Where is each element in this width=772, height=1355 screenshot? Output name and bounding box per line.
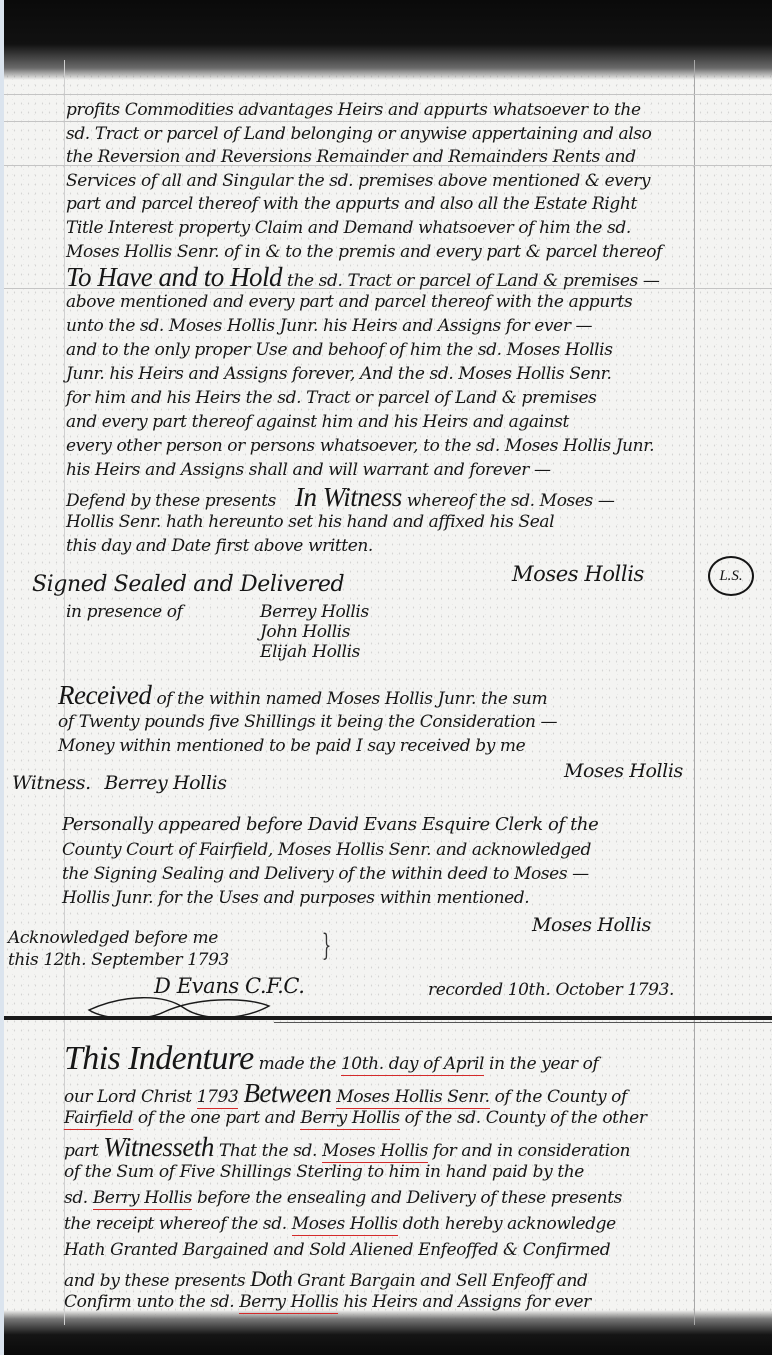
- text-fragment: of the County of: [495, 1087, 627, 1107]
- indenture-line-9: and by these presents Doth Grant Bargain…: [64, 1266, 588, 1292]
- text-line: and every part thereof against him and h…: [66, 412, 569, 432]
- brace-mark: }: [322, 928, 332, 963]
- text-line: profits Commodities advantages Heirs and…: [66, 100, 641, 120]
- text-line: Moses Hollis Senr. of in & to the premis…: [66, 242, 662, 262]
- indenture-line-6: sd. Berry Hollis before the ensealing an…: [64, 1188, 622, 1208]
- text-fragment: doth hereby acknowledge: [403, 1214, 616, 1234]
- text-fragment: sd.: [64, 1188, 88, 1208]
- text-line: his Heirs and Assigns shall and will war…: [66, 460, 551, 480]
- text-line: Hath Granted Bargained and Sold Aliened …: [64, 1240, 610, 1260]
- text-fragment: his Heirs and Assigns for ever: [343, 1292, 591, 1312]
- indenture-line-2: our Lord Christ 1793 Between Moses Holli…: [64, 1078, 627, 1109]
- text-line: Services of all and Singular the sd. pre…: [66, 171, 650, 191]
- text-line: of the Sum of Five Shillings Sterling to…: [64, 1162, 584, 1182]
- text-line: Title Interest property Claim and Demand…: [66, 218, 631, 238]
- text-line: the Signing Sealing and Delivery of the …: [62, 864, 589, 884]
- receipt-heading: Received: [58, 680, 151, 710]
- text-line: the Reversion and Reversions Remainder a…: [66, 147, 636, 167]
- underlined-name: Berry Hollis: [239, 1292, 338, 1314]
- ruled-line: [4, 121, 772, 122]
- text-line: this day and Date first above written.: [66, 536, 373, 556]
- habendum-heading: To Have and to Hold: [66, 262, 282, 292]
- scan-dark-border-top: [4, 0, 772, 80]
- text-fragment: in the year of: [489, 1054, 598, 1074]
- ack-before-me: Acknowledged before me: [8, 928, 218, 948]
- text-line: Hollis Senr. hath hereunto set his hand …: [66, 512, 554, 532]
- underlined-date: 10th. day of April: [341, 1054, 484, 1076]
- witness-name: John Hollis: [260, 622, 350, 642]
- scanned-deed-page: profits Commodities advantages Heirs and…: [4, 0, 772, 1355]
- seal-label: L.S.: [719, 568, 742, 585]
- witness-clause-line: Defend by these presents In Witness wher…: [66, 482, 614, 513]
- text-fragment: and by these presents: [64, 1271, 245, 1291]
- text-line: Money within mentioned to be paid I say …: [58, 736, 525, 756]
- indenture-line-1: This Indenture made the 10th. day of Apr…: [64, 1040, 598, 1078]
- text-fragment: the receipt whereof the sd.: [64, 1214, 287, 1234]
- in-witness-heading: In Witness: [295, 482, 402, 512]
- underlined-name: Moses Hollis: [292, 1214, 398, 1236]
- indenture-line-10: Confirm unto the sd. Berry Hollis his He…: [64, 1292, 591, 1312]
- text-line: Hollis Junr. for the Uses and purposes w…: [62, 888, 529, 908]
- text-fragment: made the: [259, 1054, 336, 1074]
- underlined-name: Moses Hollis: [322, 1141, 428, 1163]
- underlined-name: Berry Hollis: [300, 1108, 399, 1130]
- scan-dark-border-bottom: [4, 1310, 772, 1355]
- underlined-name: Moses Hollis Senr.: [336, 1087, 489, 1109]
- indenture-line-3: Fairfield of the one part and Berry Holl…: [64, 1108, 647, 1128]
- section-divider: [4, 1016, 772, 1020]
- witness-name: Berrey Hollis: [104, 772, 226, 794]
- text-line: for him and his Heirs the sd. Tract or p…: [66, 388, 596, 408]
- text-line: Personally appeared before David Evans E…: [62, 814, 598, 835]
- witness-clause-pre: Defend by these presents: [66, 491, 276, 511]
- receipt-signature: Moses Hollis: [564, 760, 683, 782]
- text-line: and to the only proper Use and behoof of…: [66, 340, 613, 360]
- habendum-line: To Have and to Hold the sd. Tract or par…: [66, 262, 659, 293]
- indenture-line-7: the receipt whereof the sd. Moses Hollis…: [64, 1214, 616, 1234]
- text-fragment: before the ensealing and Delivery of the…: [197, 1188, 622, 1208]
- witness-name: Elijah Hollis: [260, 642, 360, 662]
- witness-label: Witness.: [12, 772, 91, 794]
- text-line: above mentioned and every part and parce…: [66, 292, 632, 312]
- between-heading: Between: [243, 1078, 331, 1108]
- underlined-year: 1793: [197, 1087, 239, 1109]
- text-line: every other person or persons whatsoever…: [66, 436, 654, 456]
- ack-date: this 12th. September 1793: [8, 950, 229, 970]
- text-fragment: Grant Bargain and Sell Enfeoff and: [297, 1271, 587, 1291]
- doth-heading: Doth: [250, 1266, 292, 1291]
- indenture-heading: This Indenture: [64, 1040, 254, 1077]
- receipt-witness: Witness. Berrey Hollis: [12, 772, 227, 794]
- grantor-signature: Moses Hollis: [512, 562, 644, 586]
- receipt-text: of the within named Moses Hollis Junr. t…: [156, 689, 547, 709]
- indenture-line-4: part Witnesseth That the sd. Moses Holli…: [64, 1132, 630, 1163]
- text-fragment: of the one part and: [138, 1108, 296, 1128]
- witnesseth-heading: Witnesseth: [103, 1132, 214, 1162]
- attestation-heading: Signed Sealed and Delivered: [32, 572, 344, 597]
- underlined-county: Fairfield: [64, 1108, 133, 1130]
- text-fragment: for and in consideration: [433, 1141, 630, 1161]
- text-line: unto the sd. Moses Hollis Junr. his Heir…: [66, 316, 592, 336]
- ruled-line: [4, 94, 772, 95]
- text-fragment: of the sd. County of the other: [405, 1108, 647, 1128]
- text-line: County Court of Fairfield, Moses Hollis …: [62, 840, 591, 860]
- text-fragment: Confirm unto the sd.: [64, 1292, 234, 1312]
- text-line: Junr. his Heirs and Assigns forever, And…: [66, 364, 612, 384]
- text-fragment: part: [64, 1141, 98, 1161]
- text-fragment: our Lord Christ: [64, 1087, 192, 1107]
- recorded-date: recorded 10th. October 1793.: [428, 980, 674, 1000]
- text-line: of Twenty pounds five Shillings it being…: [58, 712, 557, 732]
- ack-signature: Moses Hollis: [532, 914, 651, 936]
- right-margin-rule: [694, 60, 695, 1325]
- habendum-text: the sd. Tract or parcel of Land & premis…: [287, 271, 659, 291]
- text-line: sd. Tract or parcel of Land belonging or…: [66, 124, 651, 144]
- witness-clause-post: whereof the sd. Moses —: [407, 491, 615, 511]
- seal-icon: L.S.: [708, 556, 754, 596]
- text-fragment: That the sd.: [219, 1141, 317, 1161]
- text-line: part and parcel thereof with the appurts…: [66, 194, 637, 214]
- section-divider-thin: [274, 1022, 772, 1023]
- attestation-sub: in presence of: [66, 602, 183, 622]
- underlined-name: Berry Hollis: [93, 1188, 192, 1210]
- receipt-line: Received of the within named Moses Holli…: [58, 680, 547, 711]
- witness-name: Berrey Hollis: [260, 602, 369, 622]
